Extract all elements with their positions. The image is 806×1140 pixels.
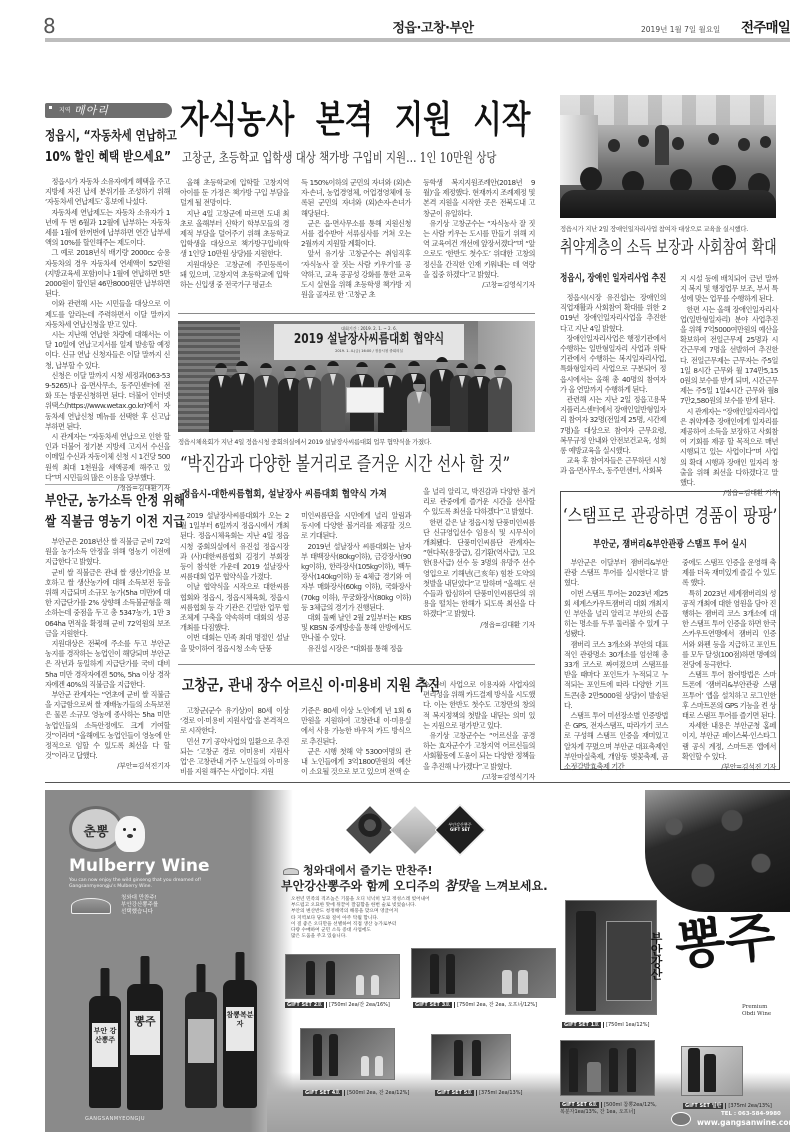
ssireum-article-divider bbox=[178, 664, 535, 665]
product-title: Mulberry Wine bbox=[69, 856, 210, 876]
elderly-column-1: 고창군(군수 유기상)이 80세 이상 ‘경로 이·미용비 지원사업’을 본격적… bbox=[180, 706, 289, 777]
paragraph: 자세한 내용은 부안군청 홈페이지, 부안군 페이스북·인스타그램 공식 계정,… bbox=[682, 721, 776, 762]
paragraph: 그 예로 2018년식 배기량 2000cc 승용자동차의 경우 자동차세 연세… bbox=[45, 248, 170, 299]
gift-set-regular-label: GIFT SET 일반[375ml 2ea/13%] bbox=[683, 1103, 772, 1110]
lead-subheadline: 고창군, 초등학교 입학생 대상 책가방 구입비 지원… 1인 10만원 상당 bbox=[182, 151, 496, 167]
paragraph: 한편 같은 날 정읍시청 단풍미인씨름단 신규영입선수 임용식 및 시무식이 개… bbox=[423, 518, 535, 620]
elderly-column-3: 수 군비 사업으로 이용자와 사업자의 편리성을 위해 카드결제 방식을 시도했… bbox=[423, 680, 535, 782]
subtitle-line: Premium bbox=[742, 1004, 771, 1011]
jobs-photo-caption: 정읍시가 지난 2일 장애인일자리사업 참여자 대상으로 교육을 실시했다. bbox=[560, 224, 748, 233]
jobs-column-2: 지 시설 등에 배치되어 금년 말까지 복지 및 행정업무 보조, 부서 특성에… bbox=[680, 274, 778, 498]
person-figure bbox=[407, 379, 431, 432]
paragraph: 중에도 스탬프 인증을 운영해 축제를 더욱 재미있게 즐길 수 있도록 했다. bbox=[682, 558, 776, 589]
mulberry-photo-diamond bbox=[345, 805, 396, 856]
stamp-column-1: 부안군은 이달부터 잼버리&부안관광 스탬프 투어를 실시한다고 밝혔다. 이번… bbox=[564, 558, 668, 772]
paragraph: 장애인일자리사업은 행정기관에서 수행하는 일반형일자리 사업과 위탁기관에서 … bbox=[560, 334, 666, 395]
lead-column-3: 등학생 복지지원조례안(2018년 9월)’을 제정했다. 현재까지 조례제정 … bbox=[423, 178, 535, 290]
paragraph: 부안군은 이달부터 잼버리&부안관광 스탬프 투어를 실시한다고 밝혔다. bbox=[564, 558, 668, 589]
rice-title-line2: 쌀 직불금 영농기 이전 지급 bbox=[45, 513, 185, 531]
gift-set-3-label: GIFT SET 3호[750ml 2ea, 잔 2ea, 오프너/12%] bbox=[413, 1002, 537, 1009]
issue-date: 2019년 1월 7일 월요일 bbox=[641, 25, 720, 34]
stamp-column-2: 중에도 스탬프 인증을 운영해 축제를 더욱 재미있게 즐길 수 있도록 했다.… bbox=[682, 558, 776, 772]
paragraph: 앞서 유기상 고창군수는 취임직후 ‘자식농사 잘 짓는 사람 키우기’를 공약… bbox=[301, 249, 411, 300]
gift-set-4-box bbox=[300, 1028, 395, 1080]
paragraph: 지난 4일 고창군에 따르면 도내 최초로 올해부터 신학기 학부모들의 경제적… bbox=[180, 209, 289, 260]
paragraph: 잼버리 코스 3개소와 부안의 대표적인 관광명소 30개소를 엄선해 총 33… bbox=[564, 640, 668, 711]
byline: /정읍=김대환 기자 bbox=[423, 620, 535, 630]
page-number: 8 bbox=[43, 15, 56, 37]
paragraph: 2019년 설날장사 씨름대회는 남자부 태백장사(80kg이하), 금강장사(… bbox=[301, 542, 411, 613]
note-line: 부안강산뽕주를 bbox=[121, 902, 158, 909]
person-figure bbox=[230, 361, 254, 430]
jobs-subheadline: 정읍시, 장애인 일자리사업 추진 bbox=[560, 273, 666, 285]
paragraph: 이번 스탬프 투어는 2023년 제25회 세계스카우트잼버리 대회 개최지인 … bbox=[564, 589, 668, 640]
paragraph: 군은 시행 첫해 약 5300여명의 관내 노인들에게 3억1800만원의 예산… bbox=[301, 747, 411, 778]
car-tax-title-line2: 10% 할인 혜택 받으세요” bbox=[45, 149, 171, 167]
front-row-shoulders bbox=[560, 190, 776, 218]
gift-set-3-box bbox=[411, 948, 556, 998]
paragraph: 한편 시는 올해 장애인일자리사업(일반형일자리) 분야 사업추진을 위해 7억… bbox=[680, 305, 778, 407]
headline-2-suffix: 을 느껴보세요. bbox=[469, 879, 547, 893]
paragraph: 군은 읍·면사무소를 통해 지원신청서를 접수받아 서류심사를 거쳐 오는 2월… bbox=[301, 219, 411, 250]
ssireum-agreement-photo: 대회기간 : 2019. 2. 1. ~ 2. 6. 2019 설날장사씨름대회… bbox=[178, 321, 535, 432]
paragraph: 관련해 시는 지난 2일 정읍고용복지플러스센터에서 장애인일반형일자리 참여자… bbox=[560, 395, 666, 456]
paragraph: 부안군 관계자는 “연초에 군비 쌀 직불금을 지급함으로써 쌀 재배농가들의 … bbox=[45, 690, 170, 761]
car-tax-article-body: 정읍시가 자동차 소유자에게 혜택을 주고 지방세 자진 납세 분위기를 조성하… bbox=[45, 177, 170, 493]
paragraph: 교육 후 참여자들은 근무하던 시청과 읍·면사무소, 동주민센터, 사회복 bbox=[560, 456, 666, 476]
paragraph: 부안군은 2018년산 쌀 직불금 군비 72억원을 농가소득 안정을 위해 영… bbox=[45, 537, 170, 568]
note-line: 선택했습니다 bbox=[121, 909, 158, 916]
lead-column-2: 득 150%이하의 군민의 자녀와 (외)손자·손녀, 농업경영체, 어업경영체… bbox=[301, 178, 411, 300]
left-column-divider bbox=[45, 484, 170, 485]
paragraph: 2019 설날장사씨름대회가 오는 2월 1일부터 6일까지 정읍시에서 개최된… bbox=[180, 511, 289, 582]
contact-website: www.gangsanwine.com bbox=[697, 1118, 790, 1127]
paragraph: 수 군비 사업으로 이용자와 사업자의 편리성을 위해 카드결제 방식을 시도했… bbox=[423, 680, 535, 731]
standing-speaker bbox=[655, 125, 669, 165]
bluehouse-small-icon bbox=[283, 868, 299, 875]
paragraph: 고창군(군수 유기상)이 80세 이상 ‘경로 이·미용비 지원사업’을 본격적… bbox=[180, 706, 289, 737]
person-figure bbox=[254, 363, 278, 432]
wine-bottle bbox=[185, 964, 217, 1108]
bottle-label: 참뽕복분자 bbox=[226, 1007, 254, 1051]
gift-set-1-label: GIFT SET 1호[750ml 1ea/12%] bbox=[562, 1022, 649, 1029]
mascot-character-icon bbox=[115, 816, 145, 852]
ad-body-copy: 오천년 민족의 격조높은 기품을 오디 넉넉히 넣고 정성스레 빚어내어 부드럽… bbox=[291, 897, 430, 940]
paragraph: 유기상 고창군수는 “어르신을 공경하는 효자군수가 고창지역 어르신들의 사회… bbox=[423, 731, 535, 772]
wine-bottle: 부안 강산뽕주 bbox=[89, 968, 121, 1108]
paragraph: 을 널리 알리고, 박진감과 다양한 볼거리로 관중에게 즐거운 시간을 선사할… bbox=[423, 487, 535, 518]
bottle-label: 부안 강산뽕주 bbox=[92, 1023, 118, 1067]
label-marker-icon bbox=[49, 106, 52, 109]
lead-column-1: 올해 초등학교에 입학할 고창지역 아이를 둔 가정은 책가방 구입 부담을 덜… bbox=[180, 178, 289, 290]
ssireum-column-2: 미인씨름단을 시민에게 널리 알림과 동시에 다양한 볼거리를 제공할 것으로 … bbox=[301, 511, 411, 654]
paragraph: 정읍시(시장 유진섭)는 장애인의 직업재활과 사회참여 확대를 위한 2019… bbox=[560, 293, 666, 334]
mulberry-leaf-diamond bbox=[390, 805, 441, 856]
body-line: 많은 도움을 주고 있습니다. bbox=[291, 934, 430, 940]
ad-headline-2: 부안강산뽕주와 함께 오디주의 참맛을 느껴보세요. bbox=[281, 879, 548, 894]
paragraph: 이날 협약식을 시작으로 대한씨름협회와 정읍시, 정읍시체육회, 정읍시씨름협… bbox=[180, 582, 289, 633]
brand-calligraphy-small: 부안강산 bbox=[649, 932, 663, 980]
brand-calligraphy-large: 뽕주 bbox=[672, 907, 778, 977]
badge-line: GIFT SET bbox=[440, 827, 480, 832]
english-tagline: You can now enjoy the wild ginseng that … bbox=[69, 878, 201, 890]
label-prefix: 지역 bbox=[59, 107, 71, 114]
paragraph: 군비 쌀 직불금은 관내 쌀 생산기반을 보호하고 쌀 생산농가에 대해 소득보… bbox=[45, 568, 170, 639]
paragraph: 기준은 80세 이상 노인에게 년 1회 6만원을 지원하여 고창관내 이·미용… bbox=[301, 706, 411, 747]
maker-seal-icon bbox=[671, 1112, 691, 1126]
paragraph: 지원대상은 고창군에 주민등록이 돼 있으며, 고창지역 초등학교에 입학하는 … bbox=[180, 260, 289, 291]
elderly-headline: 고창군, 관내 장수 어르신 이·미용비 지원 추진 bbox=[182, 676, 440, 695]
wine-bottle: 뽕주 bbox=[127, 956, 163, 1110]
rice-title-line1: 부안군, 농가소득 안정 위해 bbox=[45, 492, 185, 510]
logo-text: 춘뽕 bbox=[72, 821, 120, 840]
byline: /부안=김석진 기자 bbox=[682, 762, 776, 772]
brand-subtitle: Premium Obdi Wine bbox=[742, 1004, 771, 1018]
elderly-column-2: 기준은 80세 이상 노인에게 년 1회 6만원을 지원하여 고창관내 이·미용… bbox=[301, 706, 411, 777]
bluehouse-building-icon bbox=[71, 898, 111, 914]
headline-2-emphasis: 참맛 bbox=[444, 879, 469, 894]
paragraph: 지 시설 등에 배치되어 금년 말까지 복지 및 행정업무 보조, 부서 특성에… bbox=[680, 274, 778, 305]
paragraph: 자동차세 연납제도는 자동차 소유자가 1년에 두 번 6월과 12월에 납부하… bbox=[45, 208, 170, 249]
ssireum-photo-caption: 정읍시체육회가 지난 4일 정읍시청 중회의실에서 2019 설날장사씨름대회 … bbox=[178, 437, 431, 446]
subtitle-line: Obdi Wine bbox=[742, 1011, 771, 1018]
paragraph: 득 150%이하의 군민의 자녀와 (외)손자·손녀, 농업경영체, 어업경영체… bbox=[301, 178, 411, 219]
jobs-headline: 취약계층의 소득 보장과 사회참여 확대 bbox=[560, 237, 777, 259]
label-name: 메아리 bbox=[74, 104, 109, 117]
paragraph: 지원대상은 전북에 주소를 두고 부안군 농지를 경작하는 농업인이 해당되며 … bbox=[45, 639, 170, 690]
ssireum-headline: “박진감과 다양한 볼거리로 즐거운 시간 선사 할 것” bbox=[180, 452, 510, 476]
paragraph: 시는 지난해 연납한 차량에 대해서는 이달 10일에 연납고지서를 일제 발송… bbox=[45, 330, 170, 371]
car-tax-title-line1: 정읍시, “자동차세 연납하고 bbox=[45, 128, 177, 146]
banner-detail: 2019. 1. 4.(금) 16:00 / 정읍시청 중회의실 bbox=[274, 348, 464, 354]
gift-set-6-box bbox=[560, 1040, 655, 1096]
wine-bottle: 참뽕복분자 bbox=[223, 952, 257, 1108]
banner-title: 2019 설날장사씨름대회 협약식 bbox=[291, 332, 447, 348]
rice-article-body: 부안군은 2018년산 쌀 직불금 군비 72억원을 농가소득 안정을 위해 영… bbox=[45, 537, 170, 772]
byline: /부안=김석진기자 bbox=[45, 761, 170, 771]
byline: /고창=김영식기자 bbox=[423, 772, 535, 782]
paragraph: 미인씨름단을 시민에게 널리 알림과 동시에 다양한 볼거리를 제공할 것으로 … bbox=[301, 511, 411, 542]
paragraph: 민선 7기 공약사업의 일환으로 추진되는 ‘고창군 경로 이미용비 지원사업’… bbox=[180, 737, 289, 778]
lead-headline: 자식농사 본격 지원 시작 bbox=[180, 97, 530, 143]
tagline-line: Gangsanmyeongju's Mulberry Wine. bbox=[69, 884, 201, 890]
headline-2-prefix: 부안강산뽕주와 함께 오디주의 bbox=[281, 879, 444, 893]
column-label-box: 지역 메아리 bbox=[45, 103, 172, 118]
section-title: 정읍·고창·부안 bbox=[333, 21, 533, 36]
gift-set-badge: 부안강산뽕주 GIFT SET bbox=[440, 822, 480, 832]
header-rule bbox=[45, 38, 790, 42]
ad-top-rule bbox=[45, 782, 790, 783]
paragraph: 대회 둘째 날인 2월 2일부터는 KBS 및 KBSN 중계방송을 통해 안방… bbox=[301, 613, 411, 644]
ssireum-column-3: 을 널리 알리고, 박진감과 다양한 볼거리로 관중에게 즐거운 시간을 선사할… bbox=[423, 487, 535, 630]
disabled-jobs-training-photo bbox=[560, 95, 776, 218]
paragraph: 이번 대회는 민족 최대 명절인 설날을 맞이하여 정읍시청 소속 단풍 bbox=[180, 633, 289, 653]
stamp-subheadline: 부안군, 잼버리&부안관광 스탬프 투어 실시 bbox=[593, 539, 747, 551]
bluehouse-note: 청와대 만찬주! 부안강산뽕주를 선택했습니다 bbox=[121, 895, 158, 916]
paragraph: 스탬프 투어 참여방법은 스마트폰에 ‘잼버리&부안관광 스탬프투어’ 앱을 설… bbox=[682, 670, 776, 721]
paragraph: 이와 관련해 시는 시민들을 대상으로 이 제도를 알리는데 주력하면서 이달 … bbox=[45, 299, 170, 330]
ssireum-subheadline: 정읍시-대한씨름협회, 설날장사 씨름대회 협약식 가져 bbox=[182, 489, 387, 501]
gift-set-2-box bbox=[285, 954, 400, 999]
agreement-certificate bbox=[346, 387, 384, 413]
gift-set-regular-box bbox=[681, 1046, 743, 1096]
jobs-column-1: 정읍시(시장 유진섭)는 장애인의 직업재활과 사회참여 확대를 위한 2019… bbox=[560, 293, 666, 477]
ad-headline-1: 청와대에서 즐기는 만찬주! bbox=[303, 864, 433, 877]
paragraph: 유진섭 시장은 “대회를 통해 정읍 bbox=[301, 644, 411, 654]
paragraph: 특히 2023년 세계잼버리의 성공적 개최에 대한 염원을 담아 진행하는 잼… bbox=[682, 589, 776, 671]
mulberry-wine-advertisement: 춘뽕 Mulberry Wine You can now enjoy the w… bbox=[45, 790, 790, 1132]
paragraph: 올해 초등학교에 입학할 고창지역 아이를 둔 가정은 책가방 구입 부담을 덜… bbox=[180, 178, 289, 209]
paragraph: 유기상 고창군수는 “자식농사 잘 짓는 사람 키우는 도시를 만들기 위해 지… bbox=[423, 219, 535, 280]
stamp-article-box: ‘스탬프로 관광하면 경품이 팡팡’ 부안군, 잼버리&부안관광 스탬프 투어 … bbox=[560, 491, 780, 770]
gift-set-5-label: GIFT SET 5호[375ml 2ea/13%] bbox=[435, 1090, 522, 1097]
photo-banner: 대회기간 : 2019. 2. 1. ~ 2. 6. 2019 설날장사씨름대회… bbox=[274, 324, 464, 360]
paragraph: 등학생 복지지원조례안(2018년 9월)’을 제정했다. 현재까지 조례제정 … bbox=[423, 178, 535, 219]
gift-set-4-label: GIFT SET 4호[500ml 2ea, 잔 2ea/12%] bbox=[303, 1090, 409, 1097]
contact-phone: TEL : 063-584-9980 bbox=[721, 1111, 781, 1118]
lead-article-divider bbox=[178, 313, 535, 314]
ssireum-column-1: 2019 설날장사씨름대회가 오는 2월 1일부터 6일까지 정읍시에서 개최된… bbox=[180, 511, 289, 654]
person-figure bbox=[321, 361, 345, 430]
paragraph: 정읍시가 자동차 소유자에게 혜택을 주고 지방세 자진 납세 분위기를 조성하… bbox=[45, 177, 170, 208]
bottle-label: 뽕주 bbox=[130, 1011, 160, 1055]
person-figure bbox=[488, 365, 512, 432]
gift-set-5-box bbox=[431, 1034, 511, 1080]
gift-set-6-label: GIFT SET 6호[500ml 참뽕2ea/12%, 복분자1ea/13%,… bbox=[560, 1102, 660, 1116]
stamp-headline: ‘스탬프로 관광하면 경품이 팡팡’ bbox=[563, 505, 778, 528]
newspaper-name: 전주매일 bbox=[741, 20, 790, 36]
paragraph: 시 관계자는 “장애인일자리사업은 취약계층 장애인에게 일자리를 제공하여 소… bbox=[680, 407, 778, 489]
person-figure bbox=[298, 365, 322, 432]
paragraph: 스탬프 투어 미션장소별 인증방법은 GPS, 전자스탬프, 따라가기 코스로 … bbox=[564, 711, 668, 772]
paragraph: 신청은 이달 말까지 시청 세정과(063-539-5265)나 읍·면사무소,… bbox=[45, 371, 170, 432]
mulberries-photo bbox=[645, 790, 790, 912]
byline: /고창=김영식기자 bbox=[423, 280, 535, 290]
paragraph: 시 관계자는 “자동차세 연납으로 인한 할인과 더불어 정기분 지방세 고지서… bbox=[45, 432, 170, 483]
maker-footer: GANGSANMYEONGJU bbox=[85, 1116, 145, 1122]
gift-set-2-label: GIFT SET 2호[750ml 2ea/잔 2ea/16%] bbox=[285, 1002, 390, 1009]
note-line: 청와대 만찬주! bbox=[121, 895, 158, 902]
gift-set-1-box bbox=[565, 900, 657, 1015]
